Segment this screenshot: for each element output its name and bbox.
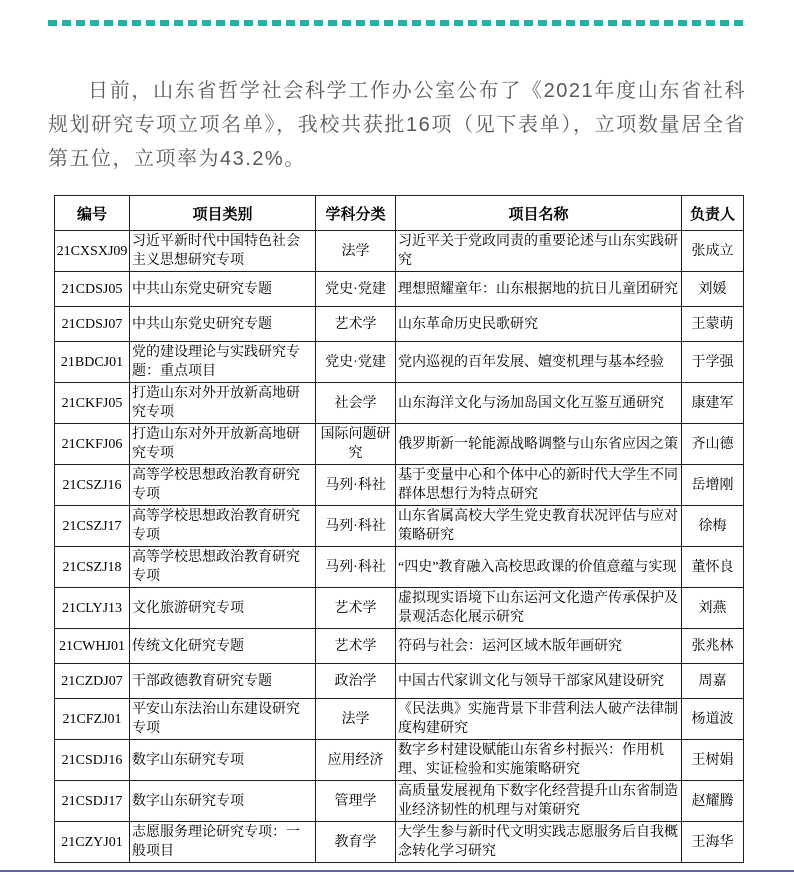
cell-project-id: 21CKFJ05 [55, 383, 130, 424]
cell-discipline: 法学 [316, 231, 396, 272]
cell-leader-name: 王蒙萌 [682, 307, 744, 342]
cell-leader-name: 康建军 [682, 383, 744, 424]
column-header-title: 项目名称 [396, 196, 682, 231]
cell-leader-name: 周嘉 [682, 664, 744, 699]
cell-discipline: 党史·党建 [316, 342, 396, 383]
cell-project-category: 数字山东研究专项 [130, 781, 316, 822]
cell-project-title: “四史”教育融入高校思政课的价值意蕴与实现 [396, 547, 682, 588]
table-header-row: 编号项目类别学科分类项目名称负责人 [55, 196, 744, 231]
cell-discipline: 艺术学 [316, 588, 396, 629]
cell-project-category: 数字山东研究专项 [130, 740, 316, 781]
cell-project-title: 习近平关于党政同责的重要论述与山东实践研究 [396, 231, 682, 272]
cell-project-id: 21CDSJ05 [55, 272, 130, 307]
cell-project-category: 打造山东对外开放新高地研究专项 [130, 383, 316, 424]
cell-project-title: 《民法典》实施背景下非营利法人破产法律制度构建研究 [396, 699, 682, 740]
cell-project-category: 志愿服务理论研究专项：一般项目 [130, 822, 316, 863]
cell-discipline: 国际问题研究 [316, 424, 396, 465]
table-row: 21CDSJ07中共山东党史研究专题艺术学山东革命历史民歌研究王蒙萌 [55, 307, 744, 342]
cell-leader-name: 王树娟 [682, 740, 744, 781]
table-row: 21CDSJ05中共山东党史研究专题党史·党建理想照耀童年：山东根据地的抗日儿童… [55, 272, 744, 307]
cell-leader-name: 刘媛 [682, 272, 744, 307]
cell-project-category: 中共山东党史研究专题 [130, 272, 316, 307]
column-header-id: 编号 [55, 196, 130, 231]
cell-project-category: 文化旅游研究专项 [130, 588, 316, 629]
cell-discipline: 法学 [316, 699, 396, 740]
column-header-discipline: 学科分类 [316, 196, 396, 231]
cell-project-id: 21BDCJ01 [55, 342, 130, 383]
cell-discipline: 马列·科社 [316, 506, 396, 547]
cell-leader-name: 王海华 [682, 822, 744, 863]
cell-discipline: 艺术学 [316, 307, 396, 342]
cell-project-category: 中共山东党史研究专题 [130, 307, 316, 342]
cell-project-category: 打造山东对外开放新高地研究专项 [130, 424, 316, 465]
column-header-category: 项目类别 [130, 196, 316, 231]
table-row: 21CFZJ01平安山东法治山东建设研究专项法学《民法典》实施背景下非营利法人破… [55, 699, 744, 740]
cell-project-id: 21CWHJ01 [55, 629, 130, 664]
cell-discipline: 应用经济 [316, 740, 396, 781]
cell-project-title: 山东革命历史民歌研究 [396, 307, 682, 342]
article-page: 日前，山东省哲学社会科学工作办公室公布了《2021年度山东省社科规划研究专项立项… [0, 0, 794, 875]
cell-project-category: 高等学校思想政治教育研究专项 [130, 465, 316, 506]
cell-discipline: 政治学 [316, 664, 396, 699]
cell-project-id: 21CLYJ13 [55, 588, 130, 629]
cell-project-title: 符码与社会：运河区域木版年画研究 [396, 629, 682, 664]
cell-discipline: 党史·党建 [316, 272, 396, 307]
cell-project-category: 高等学校思想政治教育研究专项 [130, 506, 316, 547]
cell-discipline: 马列·科社 [316, 547, 396, 588]
cell-project-id: 21CZYJ01 [55, 822, 130, 863]
cell-leader-name: 岳增刚 [682, 465, 744, 506]
bottom-rule [0, 870, 794, 872]
table-head: 编号项目类别学科分类项目名称负责人 [55, 196, 744, 231]
cell-project-category: 干部政德教育研究专题 [130, 664, 316, 699]
table-row: 21CKFJ06打造山东对外开放新高地研究专项国际问题研究俄罗斯新一轮能源战略调… [55, 424, 744, 465]
cell-project-title: 山东海洋文化与汤加岛国文化互鉴互通研究 [396, 383, 682, 424]
cell-leader-name: 张兆林 [682, 629, 744, 664]
cell-project-id: 21CSZJ16 [55, 465, 130, 506]
table-row: 21BDCJ01党的建设理论与实践研究专题：重点项目党史·党建党内巡视的百年发展… [55, 342, 744, 383]
cell-project-title: 基于变量中心和个体中心的新时代大学生不同群体思想行为特点研究 [396, 465, 682, 506]
table-row: 21CXSXJ09习近平新时代中国特色社会主义思想研究专项法学习近平关于党政同责… [55, 231, 744, 272]
cell-leader-name: 刘燕 [682, 588, 744, 629]
intro-paragraph: 日前，山东省哲学社会科学工作办公室公布了《2021年度山东省社科规划研究专项立项… [48, 74, 746, 176]
cell-project-id: 21CSZJ17 [55, 506, 130, 547]
cell-discipline: 教育学 [316, 822, 396, 863]
cell-project-id: 21CSDJ17 [55, 781, 130, 822]
table-row: 21CLYJ13文化旅游研究专项艺术学虚拟现实语境下山东运河文化遗产传承保护及景… [55, 588, 744, 629]
cell-project-title: 俄罗斯新一轮能源战略调整与山东省应因之策 [396, 424, 682, 465]
table-row: 21CKFJ05打造山东对外开放新高地研究专项社会学山东海洋文化与汤加岛国文化互… [55, 383, 744, 424]
cell-leader-name: 赵耀腾 [682, 781, 744, 822]
cell-discipline: 社会学 [316, 383, 396, 424]
cell-project-id: 21CFZJ01 [55, 699, 130, 740]
cell-leader-name: 董怀良 [682, 547, 744, 588]
cell-project-category: 习近平新时代中国特色社会主义思想研究专项 [130, 231, 316, 272]
cell-project-title: 理想照耀童年：山东根据地的抗日儿童团研究 [396, 272, 682, 307]
column-header-leader: 负责人 [682, 196, 744, 231]
cell-project-title: 党内巡视的百年发展、嬗变机理与基本经验 [396, 342, 682, 383]
table-row: 21CWHJ01传统文化研究专题艺术学符码与社会：运河区域木版年画研究张兆林 [55, 629, 744, 664]
cell-project-id: 21CZDJ07 [55, 664, 130, 699]
cell-project-category: 传统文化研究专题 [130, 629, 316, 664]
cell-project-category: 高等学校思想政治教育研究专项 [130, 547, 316, 588]
cell-discipline: 管理学 [316, 781, 396, 822]
cell-project-id: 21CKFJ06 [55, 424, 130, 465]
cell-project-title: 数字乡村建设赋能山东省乡村振兴：作用机理、实证检验和实施策略研究 [396, 740, 682, 781]
cell-leader-name: 徐梅 [682, 506, 744, 547]
cell-project-title: 高质量发展视角下数字化经营提升山东省制造业经济韧性的机理与对策研究 [396, 781, 682, 822]
cell-project-id: 21CSZJ18 [55, 547, 130, 588]
table-row: 21CZDJ07干部政德教育研究专题政治学中国古代家训文化与领导干部家风建设研究… [55, 664, 744, 699]
cell-project-title: 中国古代家训文化与领导干部家风建设研究 [396, 664, 682, 699]
project-table: 编号项目类别学科分类项目名称负责人 21CXSXJ09习近平新时代中国特色社会主… [54, 195, 744, 863]
table-row: 21CSZJ18高等学校思想政治教育研究专项马列·科社“四史”教育融入高校思政课… [55, 547, 744, 588]
cell-project-title: 山东省属高校大学生党史教育状况评估与应对策略研究 [396, 506, 682, 547]
dashed-divider [48, 20, 745, 26]
cell-leader-name: 于学强 [682, 342, 744, 383]
cell-discipline: 艺术学 [316, 629, 396, 664]
cell-project-title: 虚拟现实语境下山东运河文化遗产传承保护及景观活态化展示研究 [396, 588, 682, 629]
cell-project-title: 大学生参与新时代文明实践志愿服务后自我概念转化学习研究 [396, 822, 682, 863]
cell-leader-name: 张成立 [682, 231, 744, 272]
cell-leader-name: 齐山德 [682, 424, 744, 465]
cell-discipline: 马列·科社 [316, 465, 396, 506]
table-row: 21CSZJ16高等学校思想政治教育研究专项马列·科社基于变量中心和个体中心的新… [55, 465, 744, 506]
cell-project-id: 21CDSJ07 [55, 307, 130, 342]
cell-project-id: 21CSDJ16 [55, 740, 130, 781]
table-row: 21CSDJ16数字山东研究专项应用经济数字乡村建设赋能山东省乡村振兴：作用机理… [55, 740, 744, 781]
table-row: 21CSDJ17数字山东研究专项管理学高质量发展视角下数字化经营提升山东省制造业… [55, 781, 744, 822]
table-body: 21CXSXJ09习近平新时代中国特色社会主义思想研究专项法学习近平关于党政同责… [55, 231, 744, 863]
cell-project-id: 21CXSXJ09 [55, 231, 130, 272]
table-row: 21CZYJ01志愿服务理论研究专项：一般项目教育学大学生参与新时代文明实践志愿… [55, 822, 744, 863]
cell-project-category: 党的建设理论与实践研究专题：重点项目 [130, 342, 316, 383]
cell-leader-name: 杨道波 [682, 699, 744, 740]
cell-project-category: 平安山东法治山东建设研究专项 [130, 699, 316, 740]
table-row: 21CSZJ17高等学校思想政治教育研究专项马列·科社山东省属高校大学生党史教育… [55, 506, 744, 547]
